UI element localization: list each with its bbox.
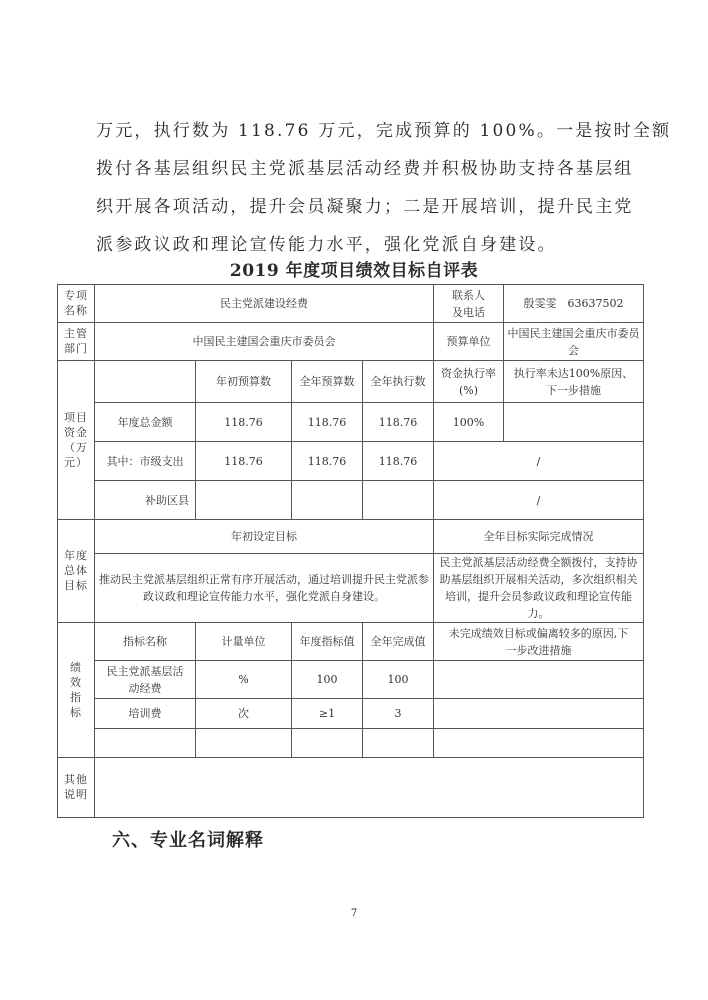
indicator-reason [434, 699, 644, 729]
indicator-actual [363, 729, 434, 758]
indicator-reason [434, 661, 644, 699]
budget-unit-label: 预算单位 [434, 323, 504, 361]
department-label: 主管部门 [58, 323, 95, 361]
project-name-label: 专项名称 [58, 285, 95, 323]
project-name: 民主党派建设经费 [95, 285, 434, 323]
budget-unit-value: 中国民主建国会重庆市委员会 [504, 323, 644, 361]
indicator-actual: 3 [363, 699, 434, 729]
department-value: 中国民主建国会重庆市委员会 [95, 323, 434, 361]
goal-initial-header: 年初设定目标 [95, 520, 434, 554]
goal-initial: 推动民主党派基层组织正常有序开展活动，通过培训提升民主党派参政议政和理论宣传能力… [95, 554, 434, 623]
funds-executed: 118.76 [363, 442, 434, 481]
funds-header: 全年执行数 [363, 361, 434, 403]
contact-label: 联系人及电话 [434, 285, 504, 323]
funds-initial [196, 481, 292, 520]
body-line: 万元，执行数为 118.76 万元，完成预算的 100%。一是按时全额 [96, 112, 636, 150]
funds-executed: 118.76 [363, 403, 434, 442]
indicator-name: 培训费 [95, 699, 196, 729]
contact-value: 殷雯雯 63637502 [504, 285, 644, 323]
section-heading: 六、专业名词解释 [112, 826, 264, 852]
funds-rate-reason: / [434, 481, 644, 520]
funds-row-label: 其中：市级支出 [95, 442, 196, 481]
indicator-label: 绩效指标 [58, 623, 95, 758]
other-value [95, 758, 644, 818]
indicator-actual: 100 [363, 661, 434, 699]
funds-annual: 118.76 [292, 403, 363, 442]
funds-initial: 118.76 [196, 403, 292, 442]
indicator-name [95, 729, 196, 758]
funds-annual: 118.76 [292, 442, 363, 481]
funds-header: 全年预算数 [292, 361, 363, 403]
indicator-name: 民主党派基层活动经费 [95, 661, 196, 699]
funds-reason [504, 403, 644, 442]
other-label: 其他说明 [58, 758, 95, 818]
goal-label: 年度总体目标 [58, 520, 95, 623]
page-number: 7 [0, 908, 708, 919]
indicator-header: 全年完成值 [363, 623, 434, 661]
funds-row-label: 年度总金额 [95, 403, 196, 442]
body-line: 织开展各项活动，提升会员凝聚力；二是开展培训，提升民主党 [96, 188, 636, 226]
funds-header: 年初预算数 [196, 361, 292, 403]
body-line: 拨付各基层组织民主党派基层活动经费并积极协助支持各基层组 [96, 150, 636, 188]
funds-initial: 118.76 [196, 442, 292, 481]
goal-actual-header: 全年目标实际完成情况 [434, 520, 644, 554]
funds-corner [95, 361, 196, 403]
indicator-header: 指标名称 [95, 623, 196, 661]
indicator-unit [196, 729, 292, 758]
goal-actual: 民主党派基层活动经费全额拨付，支持协助基层组织开展相关活动，多次组织相关培训，提… [434, 554, 644, 623]
performance-table: 专项名称 民主党派建设经费 联系人及电话 殷雯雯 63637502 主管部门 中… [57, 284, 644, 818]
indicator-header: 年度指标值 [292, 623, 363, 661]
body-paragraph: 万元，执行数为 118.76 万元，完成预算的 100%。一是按时全额 拨付各基… [96, 112, 636, 264]
funds-rate-reason: / [434, 442, 644, 481]
funds-rate: 100% [434, 403, 504, 442]
indicator-target: 100 [292, 661, 363, 699]
indicator-unit: % [196, 661, 292, 699]
funds-label: 项目资金（万元） [58, 361, 95, 520]
funds-header: 执行率未达100%原因、下一步措施 [504, 361, 644, 403]
funds-row-label: 补助区县 [95, 481, 196, 520]
table-title: 2019 年度项目绩效目标自评表 [0, 256, 708, 281]
indicator-reason [434, 729, 644, 758]
indicator-target [292, 729, 363, 758]
funds-annual [292, 481, 363, 520]
indicator-header: 未完成绩效目标或偏离较多的原因,下一步改进措施 [434, 623, 644, 661]
indicator-target: ≥1 [292, 699, 363, 729]
indicator-header: 计量单位 [196, 623, 292, 661]
funds-header: 资金执行率(%) [434, 361, 504, 403]
indicator-unit: 次 [196, 699, 292, 729]
funds-executed [363, 481, 434, 520]
